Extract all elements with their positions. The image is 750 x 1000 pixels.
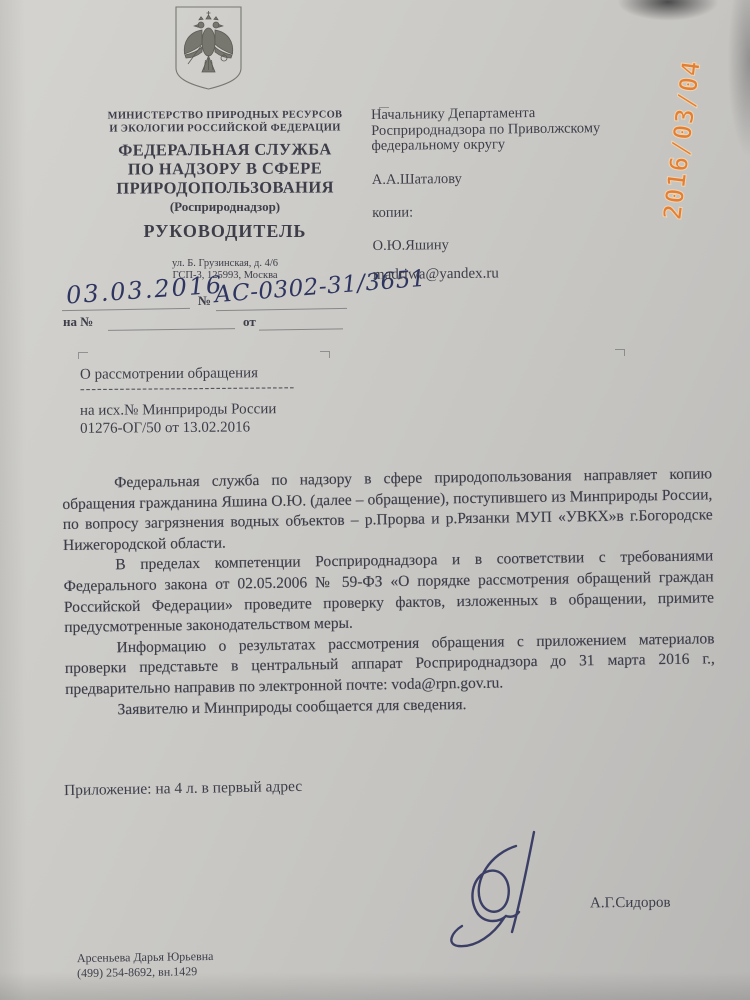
subject-reference: на исх.№ Минприроды России 01276-ОГ/50 о… bbox=[80, 400, 277, 438]
body-paragraph: Информацию о результатах рассмотрения об… bbox=[64, 629, 715, 700]
body-paragraph: Федеральная служба по надзору в сфере пр… bbox=[62, 464, 713, 556]
ministry-name: МИНИСТЕРСТВО ПРИРОДНЫХ РЕСУРСОВ И ЭКОЛОГ… bbox=[58, 108, 392, 136]
crop-mark bbox=[78, 352, 88, 359]
agency-name: ФЕДЕРАЛЬНАЯ СЛУЖБА ПО НАДЗОРУ В СФЕРЕ ПР… bbox=[58, 139, 392, 198]
copies-label: копии: bbox=[372, 202, 702, 222]
number-label: № bbox=[198, 293, 211, 309]
on-number-label: на № bbox=[63, 314, 93, 330]
agency-short-name: (Росприроднадзор) bbox=[58, 199, 392, 215]
executor-phone: (499) 254-8692, вн.1429 bbox=[77, 964, 214, 981]
copy-name: О.Ю.Яшину bbox=[373, 234, 703, 254]
signatory-name: А.Г.Сидоров bbox=[590, 895, 671, 913]
addressee-line: федеральному округу bbox=[371, 135, 701, 155]
document-photo: МИНИСТЕРСТВО ПРИРОДНЫХ РЕСУРСОВ И ЭКОЛОГ… bbox=[0, 0, 750, 1000]
body-paragraph: В пределах компетенции Росприроднадзора … bbox=[63, 547, 714, 639]
attachment-note: Приложение: на 4 л. в первый адрес bbox=[64, 778, 302, 800]
subject-divider: -------------------------------------- bbox=[80, 380, 295, 398]
executor-contact: Арсеньева Дарья Юрьевна (499) 254-8692, … bbox=[77, 949, 214, 981]
letter-body: Федеральная служба по надзору в сфере пр… bbox=[62, 464, 716, 721]
addressee-name: А.А.Шаталову bbox=[372, 168, 702, 188]
position-title: РУКОВОДИТЕЛЬ bbox=[58, 221, 392, 242]
addressee-email: madriwa@yandex.ru bbox=[373, 264, 703, 284]
from-underline bbox=[259, 328, 343, 330]
crop-mark bbox=[615, 349, 625, 356]
on-number-underline bbox=[108, 328, 235, 331]
addressee-block: Начальнику Департамента Росприроднадзора… bbox=[371, 104, 703, 284]
handwritten-signature bbox=[428, 828, 573, 953]
number-underline bbox=[216, 308, 347, 311]
crop-mark bbox=[379, 107, 389, 114]
from-label: от bbox=[243, 314, 256, 330]
crop-mark bbox=[320, 351, 330, 358]
russian-coat-of-arms-icon bbox=[175, 6, 242, 90]
